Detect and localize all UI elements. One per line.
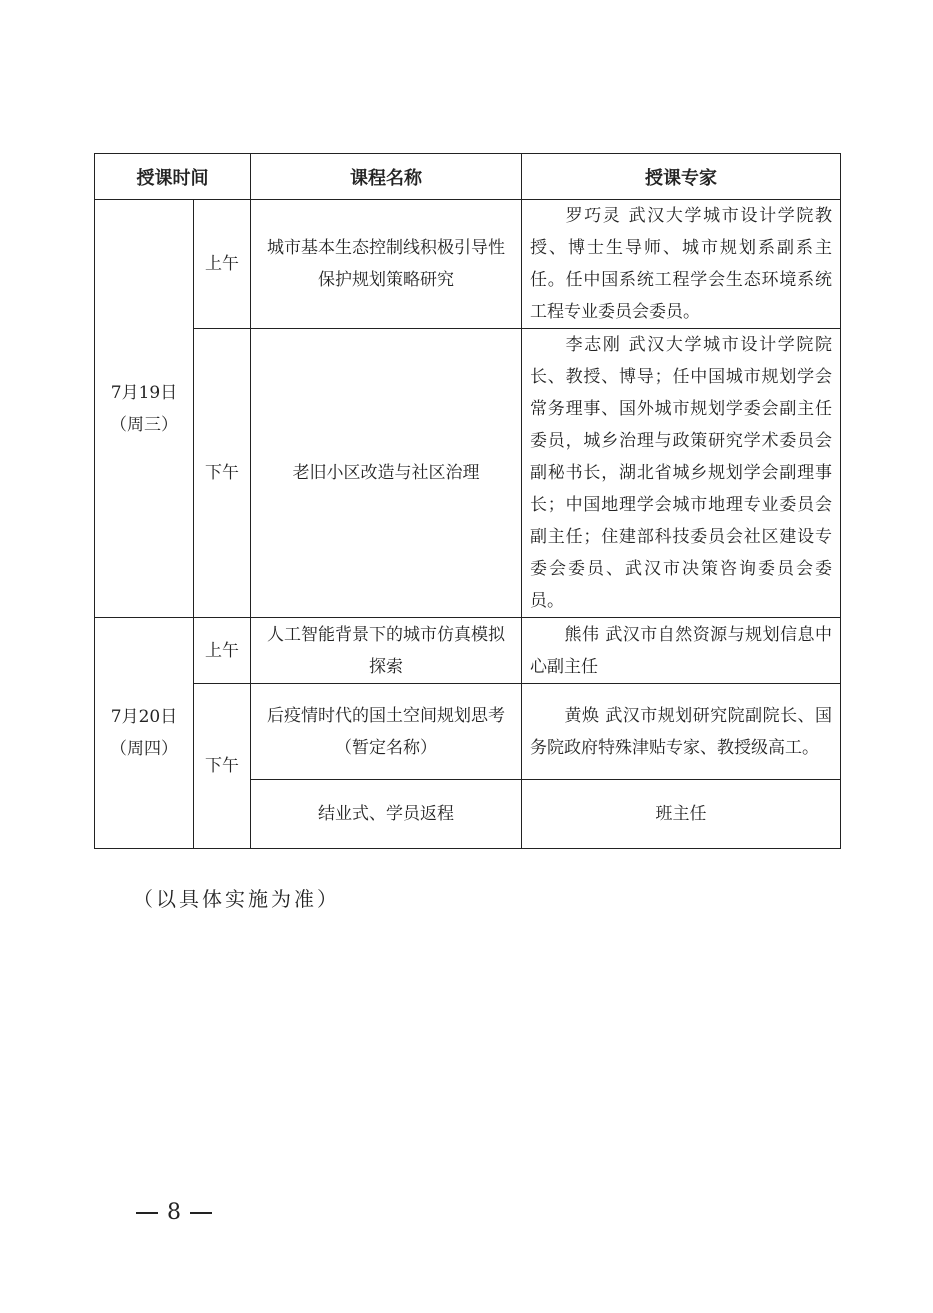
- table-row: 下午 老旧小区改造与社区治理 李志刚 武汉大学城市设计学院院长、教授、博导；任中…: [95, 329, 841, 618]
- expert-cell: 李志刚 武汉大学城市设计学院院长、教授、博导；任中国城市规划学会常务理事、国外城…: [522, 329, 841, 618]
- date-cell: 7月19日 （周三）: [95, 200, 194, 618]
- expert-name: 黄焕: [564, 706, 599, 726]
- expert-cell: 班主任: [522, 780, 841, 849]
- date-cell: 7月20日 （周四）: [95, 618, 194, 849]
- header-time: 授课时间: [95, 154, 251, 200]
- date-label: 7月19日: [95, 377, 193, 409]
- table-row: 7月19日 （周三） 上午 城市基本生态控制线积极引导性保护规划策略研究 罗巧灵…: [95, 200, 841, 329]
- course-cell: 人工智能背景下的城市仿真模拟探索: [251, 618, 522, 684]
- header-course: 课程名称: [251, 154, 522, 200]
- date-label: 7月20日: [95, 701, 193, 733]
- dash-right: [190, 1212, 212, 1214]
- header-expert: 授课专家: [522, 154, 841, 200]
- period-cell: 上午: [194, 200, 251, 329]
- course-cell: 城市基本生态控制线积极引导性保护规划策略研究: [251, 200, 522, 329]
- period-cell: 上午: [194, 618, 251, 684]
- page-number: 8: [127, 1200, 221, 1225]
- expert-cell: 熊伟 武汉市自然资源与规划信息中心副主任: [522, 618, 841, 684]
- footnote: （以具体实施为准）: [133, 883, 340, 912]
- expert-name: 李志刚: [564, 335, 622, 355]
- weekday-label: （周三）: [95, 409, 193, 441]
- dash-left: [136, 1212, 158, 1214]
- course-cell: 老旧小区改造与社区治理: [251, 329, 522, 618]
- weekday-label: （周四）: [95, 733, 193, 765]
- page-number-value: 8: [167, 1200, 181, 1225]
- table-row: 7月20日 （周四） 上午 人工智能背景下的城市仿真模拟探索 熊伟 武汉市自然资…: [95, 618, 841, 684]
- schedule-table: 授课时间 课程名称 授课专家 7月19日 （周三） 上午 城市基本生态控制线积极…: [94, 153, 841, 849]
- table-header-row: 授课时间 课程名称 授课专家: [95, 154, 841, 200]
- expert-desc: 武汉大学城市设计学院院长、教授、博导；任中国城市规划学会常务理事、国外城市规划学…: [530, 335, 832, 611]
- period-cell: 下午: [194, 329, 251, 618]
- period-cell: 下午: [194, 684, 251, 849]
- expert-name: 罗巧灵: [564, 206, 622, 226]
- course-cell: 后疫情时代的国土空间规划思考（暂定名称）: [251, 684, 522, 780]
- expert-cell: 黄焕 武汉市规划研究院副院长、国务院政府特殊津贴专家、教授级高工。: [522, 684, 841, 780]
- expert-name: 熊伟: [564, 625, 599, 645]
- course-cell: 结业式、学员返程: [251, 780, 522, 849]
- table-row: 下午 后疫情时代的国土空间规划思考（暂定名称） 黄焕 武汉市规划研究院副院长、国…: [95, 684, 841, 780]
- expert-cell: 罗巧灵 武汉大学城市设计学院教授、博士生导师、城市规划系副系主任。任中国系统工程…: [522, 200, 841, 329]
